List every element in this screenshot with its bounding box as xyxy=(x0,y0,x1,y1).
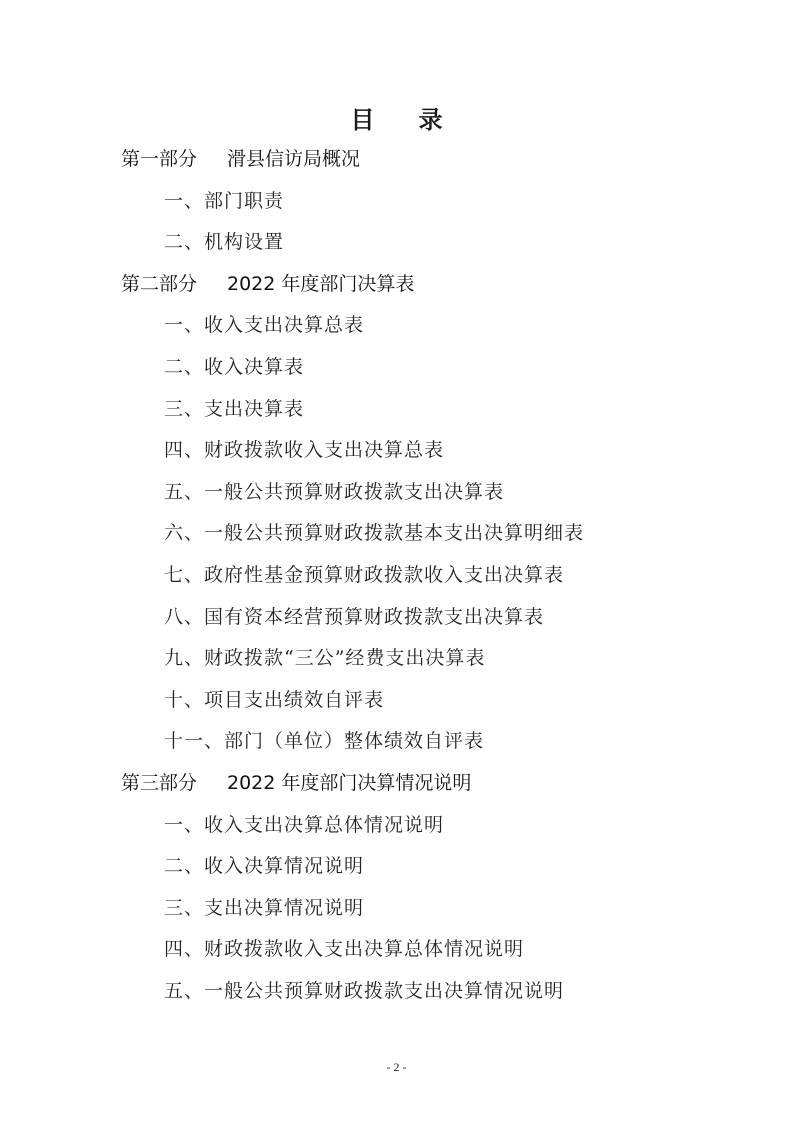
toc-item[interactable]: 六、一般公共预算财政拨款基本支出决算明细表 xyxy=(164,521,584,545)
part-title: 滑县信访局概况 xyxy=(227,148,360,170)
toc-item[interactable]: 四、财政拨款收入支出决算总表 xyxy=(164,438,444,462)
part-title: 2022 年度部门决算表 xyxy=(227,273,414,295)
toc-item[interactable]: 十、项目支出绩效自评表 xyxy=(164,688,384,712)
toc-item[interactable]: 七、政府性基金预算财政拨款收入支出决算表 xyxy=(164,563,564,587)
part-label: 第三部分 xyxy=(121,771,227,795)
toc-item[interactable]: 三、支出决算情况说明 xyxy=(164,896,364,920)
toc-item[interactable]: 二、机构设置 xyxy=(164,230,284,254)
toc-item[interactable]: 一、收入支出决算总体情况说明 xyxy=(164,813,444,837)
toc-part-2[interactable]: 第二部分2022 年度部门决算表 xyxy=(121,272,414,296)
toc-item[interactable]: 五、一般公共预算财政拨款支出决算表 xyxy=(164,480,504,504)
toc-item[interactable]: 五、一般公共预算财政拨款支出决算情况说明 xyxy=(164,979,564,1003)
part-label: 第二部分 xyxy=(121,272,227,296)
page-number: - 2 - xyxy=(0,1060,793,1075)
toc-item[interactable]: 四、财政拨款收入支出决算总体情况说明 xyxy=(164,937,524,961)
toc-item[interactable]: 一、收入支出决算总表 xyxy=(164,313,364,337)
toc-title: 目录 xyxy=(0,100,793,135)
toc-part-1[interactable]: 第一部分滑县信访局概况 xyxy=(121,147,360,171)
toc-item[interactable]: 二、收入决算情况说明 xyxy=(164,854,364,878)
toc-item[interactable]: 二、收入决算表 xyxy=(164,355,304,379)
part-title: 2022 年度部门决算情况说明 xyxy=(227,772,471,794)
toc-item[interactable]: 三、支出决算表 xyxy=(164,397,304,421)
toc-item[interactable]: 九、财政拨款“三公”经费支出决算表 xyxy=(164,646,485,670)
toc-part-3[interactable]: 第三部分2022 年度部门决算情况说明 xyxy=(121,771,471,795)
part-label: 第一部分 xyxy=(121,147,227,171)
toc-item[interactable]: 一、部门职责 xyxy=(164,189,284,213)
toc-item[interactable]: 八、国有资本经营预算财政拨款支出决算表 xyxy=(164,605,544,629)
toc-item[interactable]: 十一、部门（单位）整体绩效自评表 xyxy=(164,729,484,753)
